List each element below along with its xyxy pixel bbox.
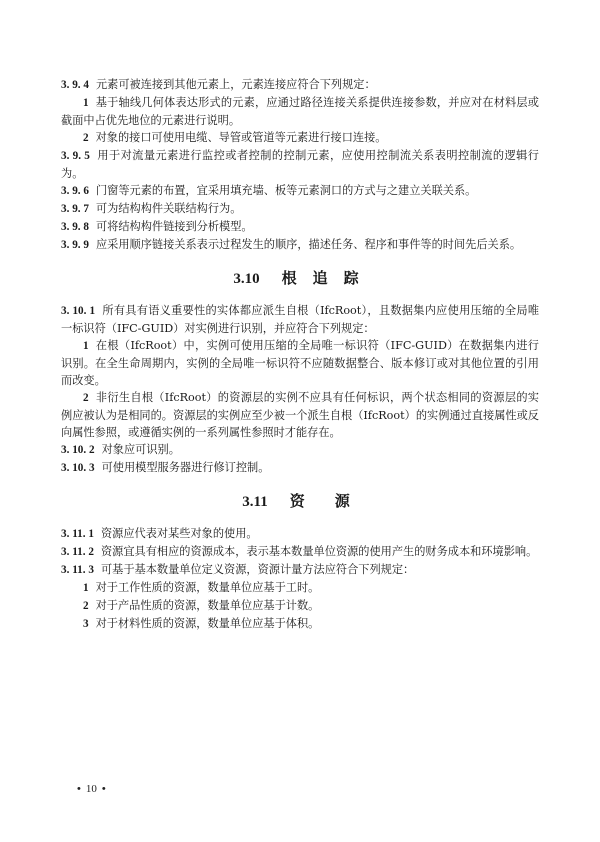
clause-3-10-3: 3. 10. 3可使用模型服务器进行修订控制。 (61, 459, 539, 477)
item-text: 在根（IfcRoot）中，实例可使用压缩的全局唯一标识符（IFC-GUID）在数… (61, 339, 539, 387)
item-text: 对于产品性质的资源，数量单位应基于计数。 (96, 599, 320, 612)
clause-3-9-4-item-2: 2对象的接口可使用电缆、导管或管道等元素进行接口连接。 (61, 129, 539, 147)
item-number: 1 (83, 340, 89, 352)
clause-text: 对象应可识别。 (102, 443, 180, 456)
item-number: 3 (83, 618, 89, 630)
clause-number: 3. 10. 3 (61, 462, 95, 474)
clause-3-10-1: 3. 10. 1所有具有语义重要性的实体都应派生自根（IfcRoot），且数据集… (61, 302, 539, 337)
clause-3-9-5: 3. 9. 5用于对流量元素进行监控或者控制的控制元素，应使用控制流关系表明控制… (61, 147, 539, 182)
item-number: 1 (83, 97, 89, 109)
item-number: 2 (83, 392, 89, 404)
item-text: 对于工作性质的资源，数量单位应基于工时。 (96, 581, 320, 594)
clause-number: 3. 9. 4 (61, 79, 89, 91)
section-heading-3-10: 3.10根追踪 (61, 268, 539, 289)
clause-3-11-3-item-2: 2对于产品性质的资源，数量单位应基于计数。 (61, 597, 539, 615)
clause-text: 元素可被连接到其他元素上，元素连接应符合下列规定： (96, 78, 376, 91)
clause-number: 3. 9. 7 (61, 203, 89, 215)
clause-3-11-2: 3. 11. 2资源宜具有相应的资源成本，表示基本数量单位资源的使用产生的财务成… (61, 543, 539, 561)
clause-3-11-3-item-1: 1对于工作性质的资源，数量单位应基于工时。 (61, 579, 539, 597)
heading-number: 3.10 (233, 271, 259, 287)
page-number: 10 (86, 783, 97, 795)
clause-text: 资源宜具有相应的资源成本，表示基本数量单位资源的使用产生的财务成本和环境影响。 (101, 545, 537, 558)
item-number: 2 (83, 600, 89, 612)
heading-number: 3.11 (242, 494, 267, 510)
clause-text: 资源应代表对某些对象的使用。 (101, 527, 258, 540)
heading-char: 根 (282, 269, 297, 287)
item-text: 非衍生自根（IfcRoot）的资源层的实例不应具有任何标识，两个状态相同的资源层… (61, 391, 539, 439)
clause-number: 3. 11. 1 (61, 528, 94, 540)
clause-text: 应采用顺序链接关系表示过程发生的顺序，描述任务、程序和事件等的时间先后关系。 (96, 238, 521, 251)
item-number: 1 (83, 582, 89, 594)
item-number: 2 (83, 132, 89, 144)
clause-3-9-8: 3. 9. 8可将结构构件链接到分析模型。 (61, 218, 539, 236)
clause-3-10-1-item-1: 1在根（IfcRoot）中，实例可使用压缩的全局唯一标识符（IFC-GUID）在… (61, 337, 539, 389)
heading-char: 踪 (344, 269, 359, 287)
clause-3-9-4: 3. 9. 4元素可被连接到其他元素上，元素连接应符合下列规定： (61, 76, 539, 94)
clause-text: 可基于基本数量单位定义资源，资源计量方法应符合下列规定： (101, 563, 414, 576)
clause-text: 所有具有语义重要性的实体都应派生自根（IfcRoot），且数据集内应使用压缩的全… (61, 304, 539, 335)
clause-number: 3. 9. 8 (61, 221, 89, 233)
clause-number: 3. 9. 5 (61, 150, 90, 162)
heading-char: 资 (290, 492, 305, 510)
clause-number: 3. 11. 3 (61, 564, 94, 576)
clause-number: 3. 9. 6 (61, 185, 89, 197)
clause-text: 可为结构构件关联结构行为。 (96, 202, 241, 215)
page-footer: •10• (72, 783, 111, 795)
document-page: 3. 9. 4元素可被连接到其他元素上，元素连接应符合下列规定： 1基于轴线几何… (61, 76, 539, 633)
clause-number: 3. 10. 1 (61, 305, 95, 317)
clause-number: 3. 9. 9 (61, 239, 89, 251)
clause-number: 3. 11. 2 (61, 546, 94, 558)
clause-3-9-6: 3. 9. 6门窗等元素的布置，宜采用填充墙、板等元素洞口的方式与之建立关联关系… (61, 182, 539, 200)
item-text: 基于轴线几何体表达形式的元素，应通过路径连接关系提供连接参数，并应对在材料层或截… (61, 96, 539, 127)
clause-text: 可将结构构件链接到分析模型。 (96, 220, 253, 233)
clause-number: 3. 10. 2 (61, 444, 95, 456)
clause-3-11-3-item-3: 3对于材料性质的资源，数量单位应基于体积。 (61, 615, 539, 633)
clause-3-9-4-item-1: 1基于轴线几何体表达形式的元素，应通过路径连接关系提供连接参数，并应对在材料层或… (61, 94, 539, 129)
heading-char: 源 (335, 492, 350, 510)
section-heading-3-11: 3.11资源 (61, 491, 539, 512)
clause-3-9-9: 3. 9. 9应采用顺序链接关系表示过程发生的顺序，描述任务、程序和事件等的时间… (61, 236, 539, 254)
footer-dot: • (102, 783, 106, 795)
clause-3-10-2: 3. 10. 2对象应可识别。 (61, 441, 539, 459)
item-text: 对于材料性质的资源，数量单位应基于体积。 (96, 617, 320, 630)
clause-3-9-7: 3. 9. 7可为结构构件关联结构行为。 (61, 200, 539, 218)
clause-3-10-1-item-2: 2非衍生自根（IfcRoot）的资源层的实例不应具有任何标识，两个状态相同的资源… (61, 389, 539, 441)
clause-text: 可使用模型服务器进行修订控制。 (102, 461, 270, 474)
clause-text: 门窗等元素的布置，宜采用填充墙、板等元素洞口的方式与之建立关联关系。 (96, 184, 476, 197)
heading-char: 追 (313, 269, 328, 287)
clause-3-11-1: 3. 11. 1资源应代表对某些对象的使用。 (61, 525, 539, 543)
clause-3-11-3: 3. 11. 3可基于基本数量单位定义资源，资源计量方法应符合下列规定： (61, 561, 539, 579)
clause-text: 用于对流量元素进行监控或者控制的控制元素，应使用控制流关系表明控制流的逻辑行为。 (61, 149, 539, 180)
footer-dot: • (77, 783, 81, 795)
item-text: 对象的接口可使用电缆、导管或管道等元素进行接口连接。 (96, 131, 387, 144)
